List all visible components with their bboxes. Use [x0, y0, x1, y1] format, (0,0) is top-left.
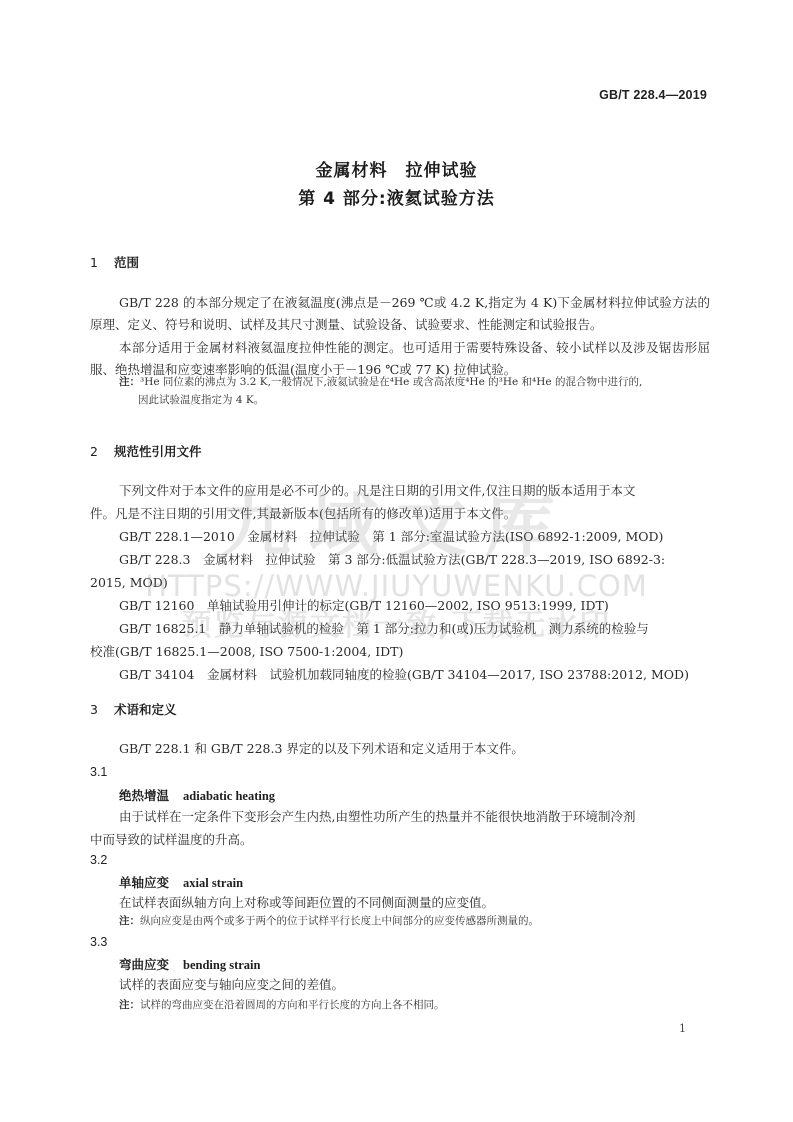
section-number: 2	[90, 444, 114, 459]
note-label: 注：	[119, 376, 140, 388]
reference-item: GB/T 228.1—2010 金属材料 拉伸试验 第 1 部分:室温试验方法(…	[119, 526, 663, 548]
term-definition: 由于试样在一定条件下变形会产生内热,由塑性功所产生的热量并不能很快地消散于环境制…	[119, 806, 635, 828]
section-1-note: 注：³He 同位素的沸点为 3.2 K,一般情况下,液氦试验是在⁴He 或含高浓…	[119, 374, 642, 391]
term-number: 3.2	[90, 853, 107, 867]
term-number: 3.3	[90, 935, 107, 949]
term-note: 注：纵向应变是由两个或多于两个的位于试样平行长度上中间部分的应变传感器所测量的。	[119, 913, 539, 930]
section-3-heading: 3术语和定义	[90, 700, 177, 718]
reference-item: GB/T 34104 金属材料 试验机加载同轴度的检验(GB/T 34104—2…	[119, 664, 689, 686]
term-heading: 绝热增温adiabatic heating	[119, 786, 275, 804]
section-1-note-cont: 因此试验温度指定为 4 K。	[138, 392, 264, 409]
section-number: 3	[90, 702, 114, 717]
note-text: ³He 同位素的沸点为 3.2 K,一般情况下,液氦试验是在⁴He 或含高浓度⁴…	[140, 376, 642, 388]
section-number: 1	[90, 255, 114, 270]
page-number: 1	[679, 1022, 686, 1035]
section-2-heading: 2规范性引用文件	[90, 442, 202, 460]
section-title: 术语和定义	[114, 702, 177, 717]
reference-item: GB/T 12160 单轴试验用引伸计的标定(GB/T 12160—2002, …	[119, 595, 609, 617]
document-title-line1: 金属材料 拉伸试验	[0, 156, 793, 181]
term-zh: 弯曲应变	[119, 957, 169, 972]
note-label: 注：	[119, 999, 140, 1011]
term-number: 3.1	[90, 765, 107, 779]
reference-item: GB/T 228.3 金属材料 拉伸试验 第 3 部分:低温试验方法(GB/T …	[119, 549, 665, 571]
term-heading: 弯曲应变bending strain	[119, 955, 260, 973]
note-text: 纵向应变是由两个或多于两个的位于试样平行长度上中间部分的应变传感器所测量的。	[140, 915, 539, 927]
document-title-line2: 第 4 部分:液氦试验方法	[0, 184, 793, 209]
term-note: 注：试样的弯曲应变在沿着圆周的方向和平行长度的方向上各不相同。	[119, 997, 445, 1014]
section-2-intro-line2: 件。凡是不注日期的引用文件,其最新版本(包括所有的修改单)适用于本文件。	[90, 503, 516, 525]
reference-item-cont: 2015, MOD)	[90, 572, 168, 594]
section-title: 规范性引用文件	[114, 444, 202, 459]
term-definition: 试样的表面应变与轴向应变之间的差值。	[119, 974, 344, 996]
standard-number: GB/T 228.4—2019	[599, 88, 707, 102]
note-text: 试样的弯曲应变在沿着圆周的方向和平行长度的方向上各不相同。	[140, 999, 445, 1011]
section-1-paragraph-1: GB/T 228 的本部分规定了在液氦温度(沸点是－269 ℃或 4.2 K,指…	[90, 292, 710, 336]
term-heading: 单轴应变axial strain	[119, 873, 243, 891]
reference-item-cont: 校准(GB/T 16825.1—2008, ISO 7500-1:2004, I…	[90, 641, 403, 663]
section-title: 范围	[114, 255, 139, 270]
term-zh: 单轴应变	[119, 875, 169, 890]
section-2-intro-line1: 下列文件对于本文件的应用是必不可少的。凡是注日期的引用文件,仅注日期的版本适用于…	[119, 480, 635, 502]
term-en: adiabatic heating	[183, 789, 275, 803]
term-definition: 在试样表面纵轴方向上对称或等间距位置的不同侧面测量的应变值。	[119, 892, 494, 914]
term-en: axial strain	[183, 876, 243, 890]
section-3-intro: GB/T 228.1 和 GB/T 228.3 界定的以及下列术语和定义适用于本…	[119, 738, 524, 760]
section-1-heading: 1范围	[90, 253, 139, 271]
term-zh: 绝热增温	[119, 788, 169, 803]
note-label: 注：	[119, 915, 140, 927]
reference-item: GB/T 16825.1 静力单轴试验机的检验 第 1 部分:拉力和(或)压力试…	[119, 618, 649, 640]
term-en: bending strain	[183, 958, 260, 972]
term-definition-cont: 中而导致的试样温度的升高。	[90, 829, 253, 851]
